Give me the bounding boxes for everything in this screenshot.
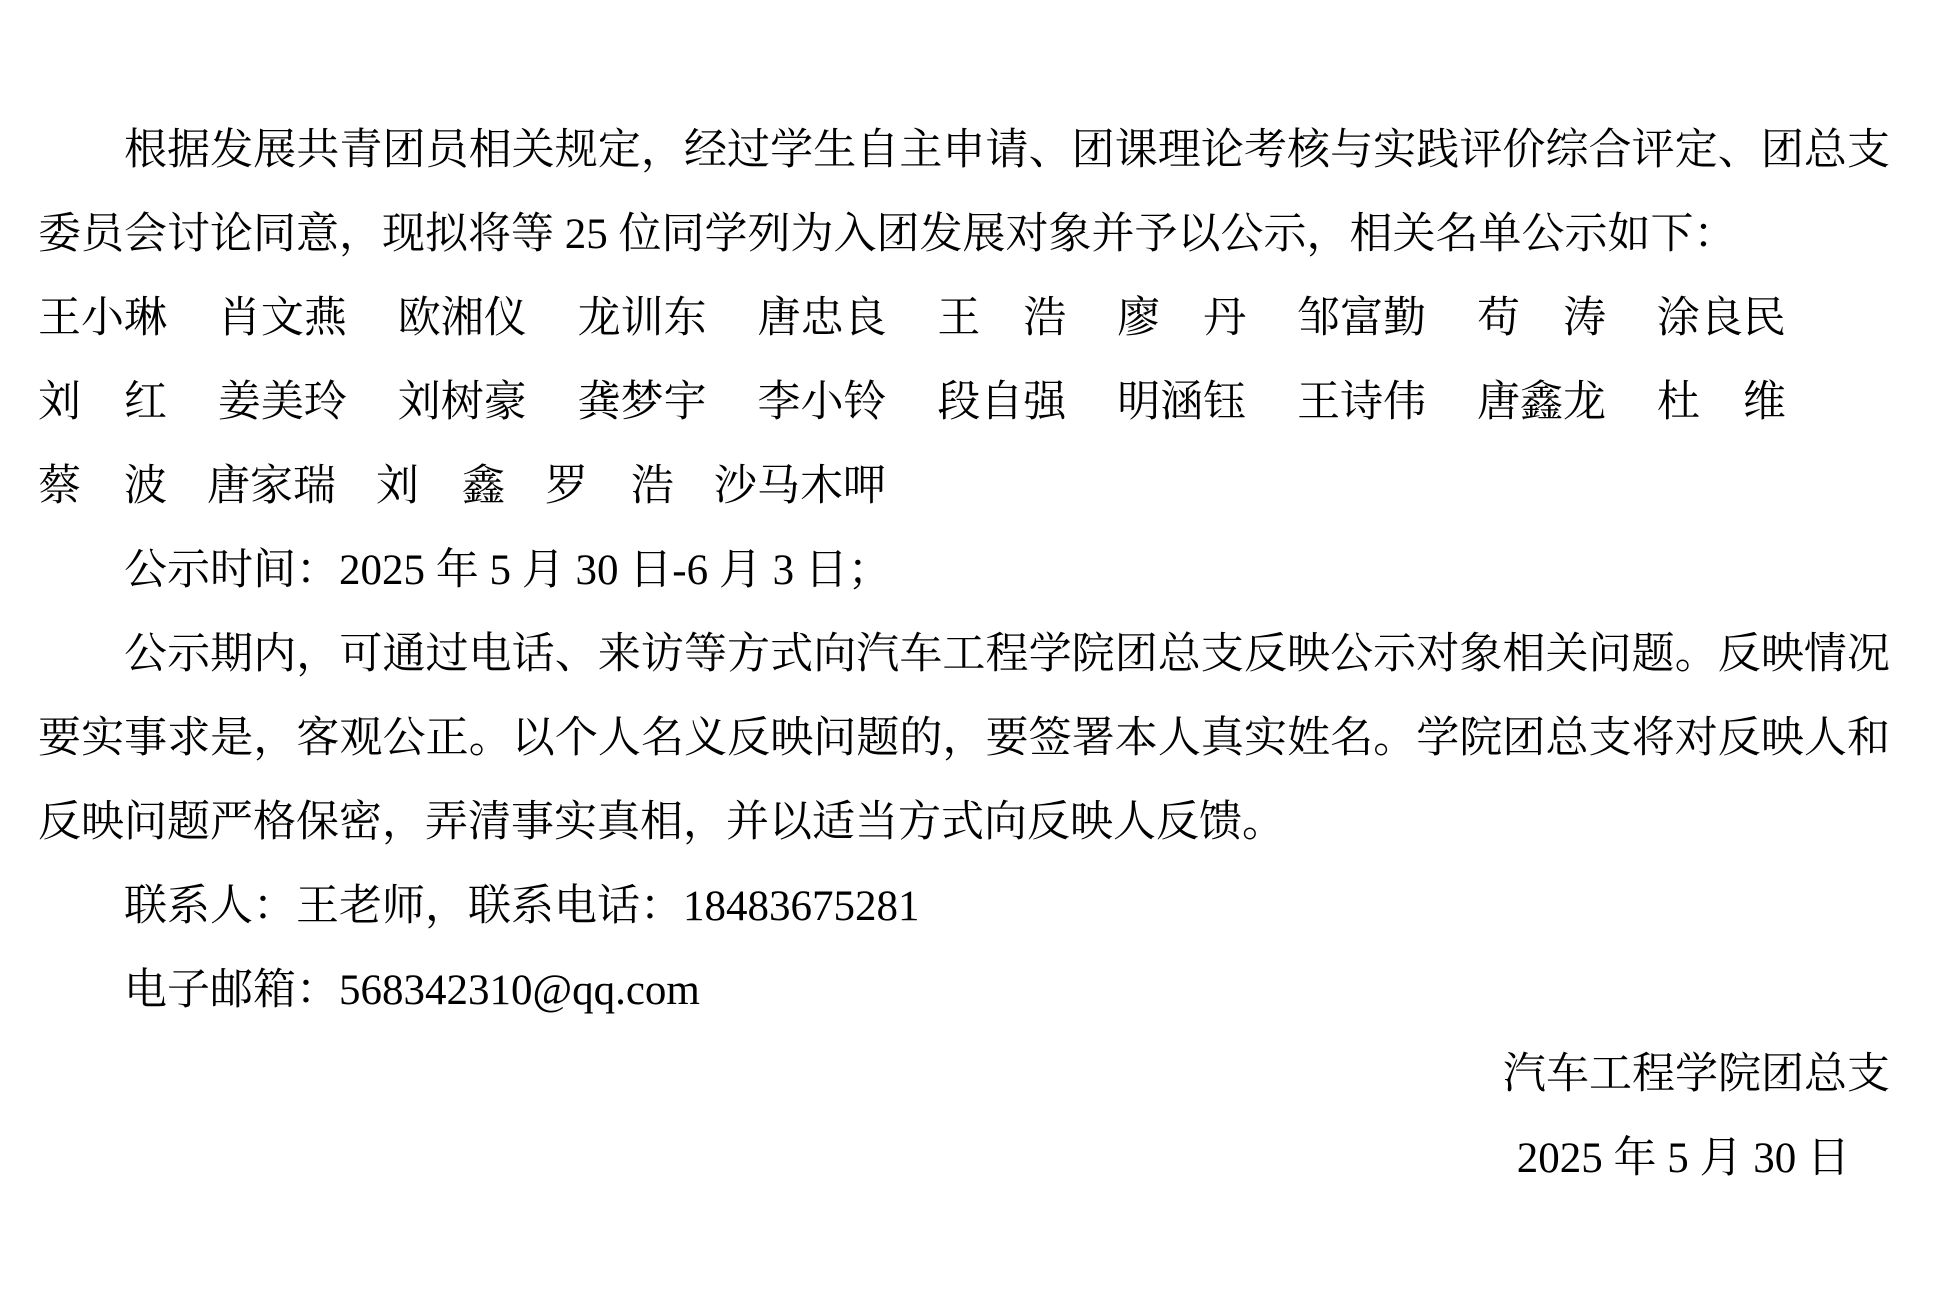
name-item: 唐鑫龙 [1477, 361, 1606, 445]
publicity-period-line: 公示时间：2025 年 5 月 30 日-6 月 3 日； [38, 529, 1890, 613]
name-list-row-2: 刘 红 姜美玲 刘树豪 龚梦宇 李小铃 段自强 明涵钰 王诗伟 唐鑫龙 杜 维 [38, 361, 1786, 445]
name-item: 龙训东 [578, 277, 707, 361]
name-item: 王小琳 [38, 277, 167, 361]
signature-org: 汽车工程学院团总支 [38, 1033, 1890, 1117]
name-item: 杜 维 [1657, 361, 1786, 445]
contact-person-line: 联系人：王老师，联系电话：18483675281 [38, 865, 1890, 949]
intro-line-2: 委员会讨论同意，现拟将等 25 位同学列为入团发展对象并予以公示，相关名单公示如… [38, 193, 1890, 277]
name-item: 姜美玲 [218, 361, 347, 445]
name-item: 唐家瑞 [207, 445, 336, 529]
name-item: 罗 浩 [545, 445, 674, 529]
name-item: 段自强 [937, 361, 1066, 445]
name-item: 刘 鑫 [376, 445, 505, 529]
name-item: 邹富勤 [1297, 277, 1426, 361]
name-item: 刘树豪 [398, 361, 527, 445]
name-item: 沙马木呷 [714, 445, 886, 529]
feedback-line-2: 要实事求是，客观公正。以个人名义反映问题的，要签署本人真实姓名。学院团总支将对反… [38, 697, 1890, 781]
contact-email-line: 电子邮箱：568342310@qq.com [38, 949, 1890, 1033]
name-item: 肖文燕 [218, 277, 347, 361]
name-item: 明涵钰 [1117, 361, 1246, 445]
name-item: 廖 丹 [1117, 277, 1246, 361]
feedback-line-3: 反映问题严格保密，弄清事实真相，并以适当方式向反映人反馈。 [38, 781, 1890, 865]
name-list-row-3: 蔡 波 唐家瑞 刘 鑫 罗 浩 沙马木呷 [38, 445, 1786, 529]
name-item: 王诗伟 [1297, 361, 1426, 445]
signature-date: 2025 年 5 月 30 日 [38, 1117, 1890, 1201]
intro-line-1: 根据发展共青团员相关规定，经过学生自主申请、团课理论考核与实践评价综合评定、团总… [38, 109, 1890, 193]
name-item: 龚梦宇 [578, 361, 707, 445]
name-item: 李小铃 [758, 361, 887, 445]
name-list-row-1: 王小琳 肖文燕 欧湘仪 龙训东 唐忠良 王 浩 廖 丹 邹富勤 苟 涛 涂良民 [38, 277, 1786, 361]
name-item: 刘 红 [38, 361, 167, 445]
name-item: 欧湘仪 [398, 277, 527, 361]
name-item: 涂良民 [1657, 277, 1786, 361]
name-item: 蔡 波 [38, 445, 167, 529]
feedback-line-1: 公示期内，可通过电话、来访等方式向汽车工程学院团总支反映公示对象相关问题。反映情… [38, 613, 1890, 697]
notice-page: 根据发展共青团员相关规定，经过学生自主申请、团课理论考核与实践评价综合评定、团总… [0, 0, 1946, 1295]
name-item: 王 浩 [937, 277, 1066, 361]
name-item: 苟 涛 [1477, 277, 1606, 361]
name-item: 唐忠良 [758, 277, 887, 361]
